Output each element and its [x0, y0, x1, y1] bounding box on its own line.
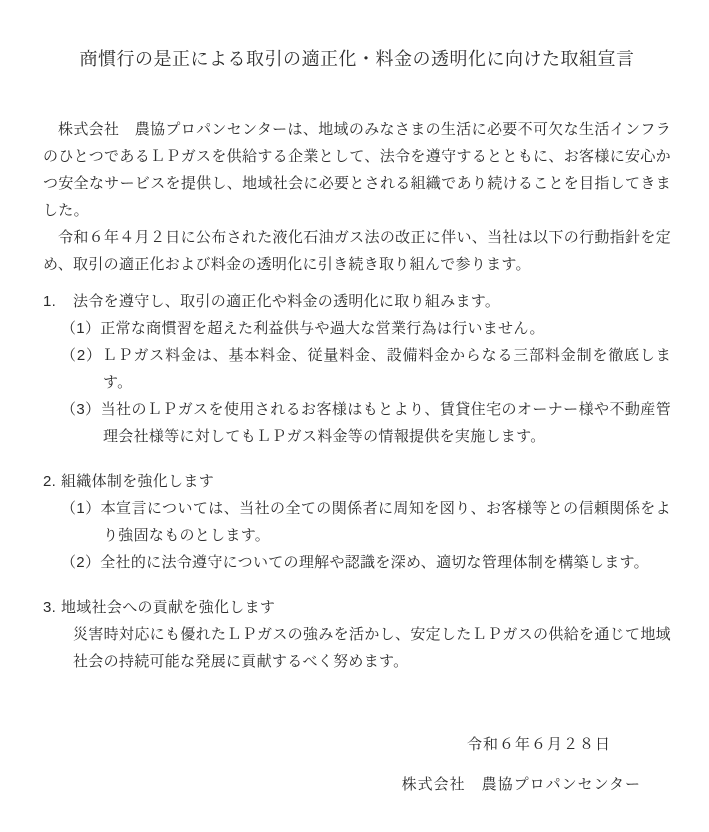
section-organization: 2. 組織体制を強化します （1）本宣言については、当社の全ての関係者に周知を図… — [43, 468, 671, 576]
section-heading: 組織体制を強化します — [61, 468, 671, 495]
list-item-text: 当社のＬＰガスを使用されるお客様はもとより、賃貸住宅のオーナー様や不動産管理会社… — [101, 401, 671, 445]
section-heading-row: 2. 組織体制を強化します — [43, 468, 671, 495]
intro-paragraph: 株式会社 農協プロパンセンターは、地域のみなさまの生活に必要不可欠な生活インフラ… — [43, 116, 671, 224]
section-heading: 地域社会への貢献を強化します — [61, 594, 671, 621]
list-item-text: 全社的に法令遵守についての理解や認識を深め、適切な管理体制を構築します。 — [100, 554, 649, 571]
list-item: （2）全社的に法令遵守についての理解や認識を深め、適切な管理体制を構築します。 — [43, 549, 671, 576]
list-item-label: （1） — [61, 320, 100, 337]
section-number: 2. — [43, 468, 61, 495]
section-heading-row: 3. 地域社会への貢献を強化します — [43, 594, 671, 621]
list-item-text: ＬＰガス料金は、基本料金、従量料金、設備料金からなる三部料金制を徹底します。 — [102, 347, 671, 391]
section-community: 3. 地域社会への貢献を強化します 災害時対応にも優れたＬＰガスの強みを活かし、… — [43, 594, 671, 675]
intro-block: 株式会社 農協プロパンセンターは、地域のみなさまの生活に必要不可欠な生活インフラ… — [43, 116, 671, 278]
list-item: （3）当社のＬＰガスを使用されるお客様はもとより、賃貸住宅のオーナー様や不動産管… — [43, 396, 671, 450]
list-item-label: （3） — [61, 401, 101, 418]
list-item-text: 正常な商慣習を超えた利益供与や過大な営業行為は行いません。 — [100, 320, 545, 337]
document-page: 商慣行の是正による取引の適正化・料金の透明化に向けた取組宣言 株式会社 農協プロ… — [0, 0, 709, 832]
date-line: 令和６年６月２８日 — [43, 731, 671, 758]
section-compliance: 1. 法令を遵守し、取引の適正化や料金の透明化に取り組みます。 （1）正常な商慣… — [43, 288, 671, 450]
section-body-text: 災害時対応にも優れたＬＰガスの強みを活かし、安定したＬＰガスの供給を通じて地域社… — [73, 621, 671, 675]
section-number: 1. — [43, 288, 73, 315]
section-heading-row: 1. 法令を遵守し、取引の適正化や料金の透明化に取り組みます。 — [43, 288, 671, 315]
section-heading: 法令を遵守し、取引の適正化や料金の透明化に取り組みます。 — [73, 288, 671, 315]
list-item: （1）本宣言については、当社の全ての関係者に周知を図り、お客様等との信頼関係をよ… — [43, 495, 671, 549]
signature-line: 株式会社 農協プロパンセンター — [43, 771, 671, 798]
list-item-label: （2） — [61, 347, 102, 364]
section-number: 3. — [43, 594, 61, 621]
page-title: 商慣行の是正による取引の適正化・料金の透明化に向けた取組宣言 — [43, 46, 671, 72]
closing-block: 令和６年６月２８日 株式会社 農協プロパンセンター — [43, 731, 671, 798]
list-item-label: （2） — [61, 554, 100, 571]
list-item-label: （1） — [61, 500, 101, 517]
intro-paragraph: 令和６年４月２日に公布された液化石油ガス法の改正に伴い、当社は以下の行動指針を定… — [43, 224, 671, 278]
list-item-text: 本宣言については、当社の全ての関係者に周知を図り、お客様等との信頼関係をより強固… — [101, 500, 671, 544]
list-item: （1）正常な商慣習を超えた利益供与や過大な営業行為は行いません。 — [43, 315, 671, 342]
list-item: （2）ＬＰガス料金は、基本料金、従量料金、設備料金からなる三部料金制を徹底します… — [43, 342, 671, 396]
